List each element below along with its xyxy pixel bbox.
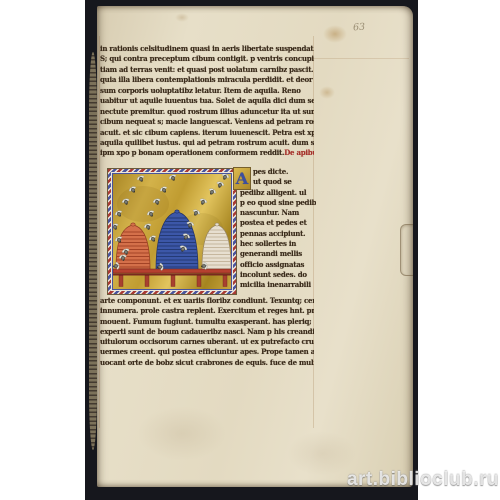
- parchment-stain: [137, 406, 227, 461]
- main-text-block: in rationis celsitudinem quasi in aeris …: [100, 44, 314, 159]
- folio-number: 63: [353, 22, 366, 34]
- screenshot-root: 63 in rationis celsitudinem quasi in aer…: [0, 0, 500, 500]
- parchment-stain: [319, 86, 335, 99]
- text-line: sum corporis uoluptatibz letatur. Item d…: [100, 86, 314, 96]
- text-line: tiam ad terras venit: et quasi post uola…: [100, 65, 314, 75]
- text-line: pes dicte.: [240, 167, 316, 177]
- book-photo-background: 63 in rationis celsitudinem quasi in aer…: [85, 0, 418, 500]
- text-line: uitulorum occisorum carnes uberant. ut e…: [100, 337, 314, 347]
- text-line: ipm xpo p bonam operationem conformem re…: [100, 148, 314, 158]
- text-line: mouent. Fumum fugiunt. tumultu exasperan…: [100, 317, 314, 327]
- text-line: arte componunt. et ex uariis floribz con…: [100, 296, 314, 306]
- watermark: art.biblioclub.ru: [347, 469, 499, 491]
- text-line: ut quod se: [240, 177, 316, 187]
- text-line: aquila quilibet iustus. qui ad petram ro…: [100, 138, 314, 148]
- text-line: generandi mellis: [240, 249, 316, 259]
- text-line: uabitur ut aquile iuuentus tua. Solet de…: [100, 96, 314, 106]
- text-line: pennas accipiunt.: [240, 229, 316, 239]
- beehives-illustration: [113, 174, 231, 289]
- text-line: experti sunt de boum cadaueribz nasci. N…: [100, 327, 314, 337]
- fore-edge-clasp-mark: [400, 224, 413, 276]
- text-line: S; qui contra preceptum cibum contigit. …: [100, 54, 314, 64]
- text-line: officio assignatas: [240, 260, 316, 270]
- text-line: hec sollertes in: [240, 239, 316, 249]
- text-line: nectute premitur. quod rostrum illius ad…: [100, 107, 314, 117]
- text-line: quia illa libera contemplationis miracul…: [100, 75, 314, 85]
- text-line: p eo quod sine pedibz: [240, 198, 316, 208]
- right-text-column: pes dicte. ut quod se pedibz alligent. u…: [240, 167, 316, 291]
- parchment-stain: [323, 25, 347, 43]
- hive-bench: [113, 269, 231, 287]
- text-line: uermes creent. qui postea efficiuntur ap…: [100, 347, 314, 357]
- facing-page-fore-edge: [89, 52, 97, 450]
- text-line: micilia inenarrabili: [240, 280, 316, 290]
- text-line: in rationis celsitudinem quasi in aeris …: [100, 44, 314, 54]
- text-line: innumera. prole castra replent. Exercitu…: [100, 306, 314, 316]
- rubric-de-apibus: De apibus.: [284, 148, 314, 158]
- text-line: pedibz alligent. ul: [240, 188, 316, 198]
- beehives-miniature: [107, 168, 237, 295]
- parchment-page: 63 in rationis celsitudinem quasi in aer…: [97, 6, 413, 487]
- parchment-stain: [175, 13, 189, 22]
- miniature-gold-field: [112, 173, 232, 290]
- text-line: cibum nequeat s; macie languescat. Venie…: [100, 117, 314, 127]
- text-line-fragment: ipm xpo p bonam operationem conformem re…: [100, 148, 284, 158]
- text-line: acuit. et sic cibum capiens. iterum iuue…: [100, 128, 314, 138]
- ruling-line-top: [313, 58, 409, 59]
- beehive-left-icon: [116, 223, 150, 269]
- text-line: uocant orte de bobz sicut crabrones de e…: [100, 358, 314, 368]
- lower-text-block: arte componunt. et ex uariis floribz con…: [100, 296, 314, 368]
- text-line: nascuntur. Nam: [240, 208, 316, 218]
- text-line: postea et pedes et: [240, 218, 316, 228]
- text-line: incolunt sedes. do: [240, 270, 316, 280]
